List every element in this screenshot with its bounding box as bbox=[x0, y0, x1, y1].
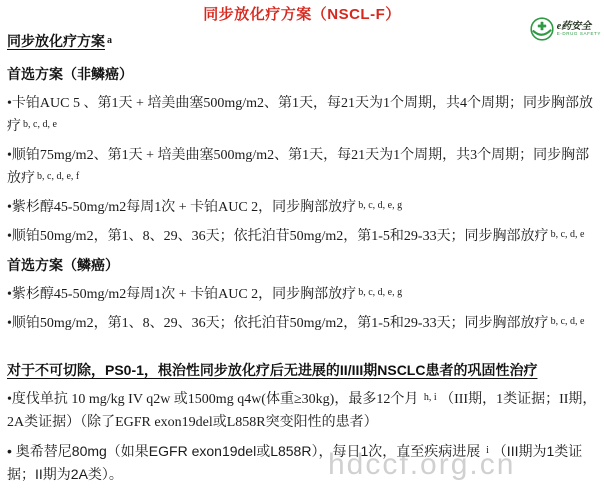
regimen-cisplatin-etoposide-squamous: •顺铂50mg/m2，第1、8、29、36天；依托泊苷50mg/m2，第1-5和… bbox=[7, 312, 597, 335]
regimen-durvalumab: •度伐单抗 10 mg/kg IV q2w 或1500mg q4w(体重≥30k… bbox=[7, 388, 597, 434]
page-title: 同步放化疗方案（NSCL-F） bbox=[0, 0, 604, 24]
document-content: 同步放化疗方案a首选方案（非鳞癌）•卡铂AUC 5 、第1天 + 培美曲塞500… bbox=[0, 24, 604, 486]
text-segment: •卡铂AUC 5 、第1天 + 培美曲塞500mg/m2、第1天，每21天为1个… bbox=[7, 96, 593, 134]
regimen-carboplatin-pemetrexed: •卡铂AUC 5 、第1天 + 培美曲塞500mg/m2、第1天，每21天为1个… bbox=[7, 92, 597, 138]
text-segment: 首选方案（鳞癌） bbox=[7, 257, 119, 273]
logo-subtext: E-DRUG SAFETY bbox=[557, 32, 601, 37]
regimen-cisplatin-etoposide-nonsquamous: •顺铂50mg/m2，第1、8、29、36天；依托泊苷50mg/m2，第1-5和… bbox=[7, 225, 597, 248]
footnote-superscript: b, c, d, e, g bbox=[358, 200, 402, 211]
footnote-superscript: b, c, d, e, g bbox=[358, 287, 402, 298]
heading-preferred-squamous: 首选方案（鳞癌） bbox=[7, 254, 597, 277]
brand-logo: e药安全 E-DRUG SAFETY bbox=[530, 17, 601, 41]
text-segment: •度伐单抗 10 mg/kg IV q2w 或1500mg q4w(体重≥30k… bbox=[7, 392, 422, 407]
footnote-superscript: b, c, d, e, f bbox=[37, 171, 79, 182]
text-segment: • 奥希替尼80mg（如果EGFR exon19del或L858R），每日1次，… bbox=[7, 443, 484, 459]
regimen-paclitaxel-carboplatin-nonsquamous: •紫杉醇45-50mg/m2每周1次 + 卡铂AUC 2，同步胸部放疗b, c,… bbox=[7, 196, 597, 219]
footnote-superscript: a bbox=[107, 35, 112, 46]
text-segment: 对于不可切除，PS0-1，根治性同步放化疗后无进展的II/III期NSCLC患者… bbox=[7, 362, 537, 378]
text-segment: 首选方案（非鳞癌） bbox=[7, 66, 133, 82]
text-segment: •紫杉醇45-50mg/m2每周1次 + 卡铂AUC 2，同步胸部放疗 bbox=[7, 200, 356, 215]
text-segment: 同步放化疗方案 bbox=[7, 33, 105, 49]
heading-consolidation-therapy: 对于不可切除，PS0-1，根治性同步放化疗后无进展的II/III期NSCLC患者… bbox=[7, 359, 597, 382]
regimen-paclitaxel-carboplatin-squamous: •紫杉醇45-50mg/m2每周1次 + 卡铂AUC 2，同步胸部放疗b, c,… bbox=[7, 283, 597, 306]
footnote-superscript: i bbox=[486, 445, 489, 456]
footnote-superscript: b, c, d, e bbox=[23, 119, 57, 130]
hand-cross-icon bbox=[530, 17, 554, 41]
heading-concurrent-chemoradiotherapy: 同步放化疗方案a bbox=[7, 30, 597, 53]
footnote-superscript: h, i bbox=[424, 392, 437, 403]
footnote-superscript: b, c, d, e bbox=[551, 229, 585, 240]
document-page: 同步放化疗方案（NSCL-F） e药安全 E-DRUG SAFETY 同步放化疗… bbox=[0, 0, 604, 500]
logo-text-group: e药安全 E-DRUG SAFETY bbox=[557, 21, 601, 37]
text-segment: •顺铂50mg/m2，第1、8、29、36天；依托泊苷50mg/m2，第1-5和… bbox=[7, 316, 549, 331]
regimen-osimertinib: • 奥希替尼80mg（如果EGFR exon19del或L858R），每日1次，… bbox=[7, 440, 597, 486]
heading-preferred-nonsquamous: 首选方案（非鳞癌） bbox=[7, 63, 597, 86]
text-segment: •紫杉醇45-50mg/m2每周1次 + 卡铂AUC 2，同步胸部放疗 bbox=[7, 287, 356, 302]
footnote-superscript: b, c, d, e bbox=[551, 316, 585, 327]
text-segment: •顺铂50mg/m2，第1、8、29、36天；依托泊苷50mg/m2，第1-5和… bbox=[7, 229, 549, 244]
text-segment: •顺铂75mg/m2、第1天 + 培美曲塞500mg/m2、第1天，每21天为1… bbox=[7, 148, 589, 186]
regimen-cisplatin-pemetrexed: •顺铂75mg/m2、第1天 + 培美曲塞500mg/m2、第1天，每21天为1… bbox=[7, 144, 597, 190]
